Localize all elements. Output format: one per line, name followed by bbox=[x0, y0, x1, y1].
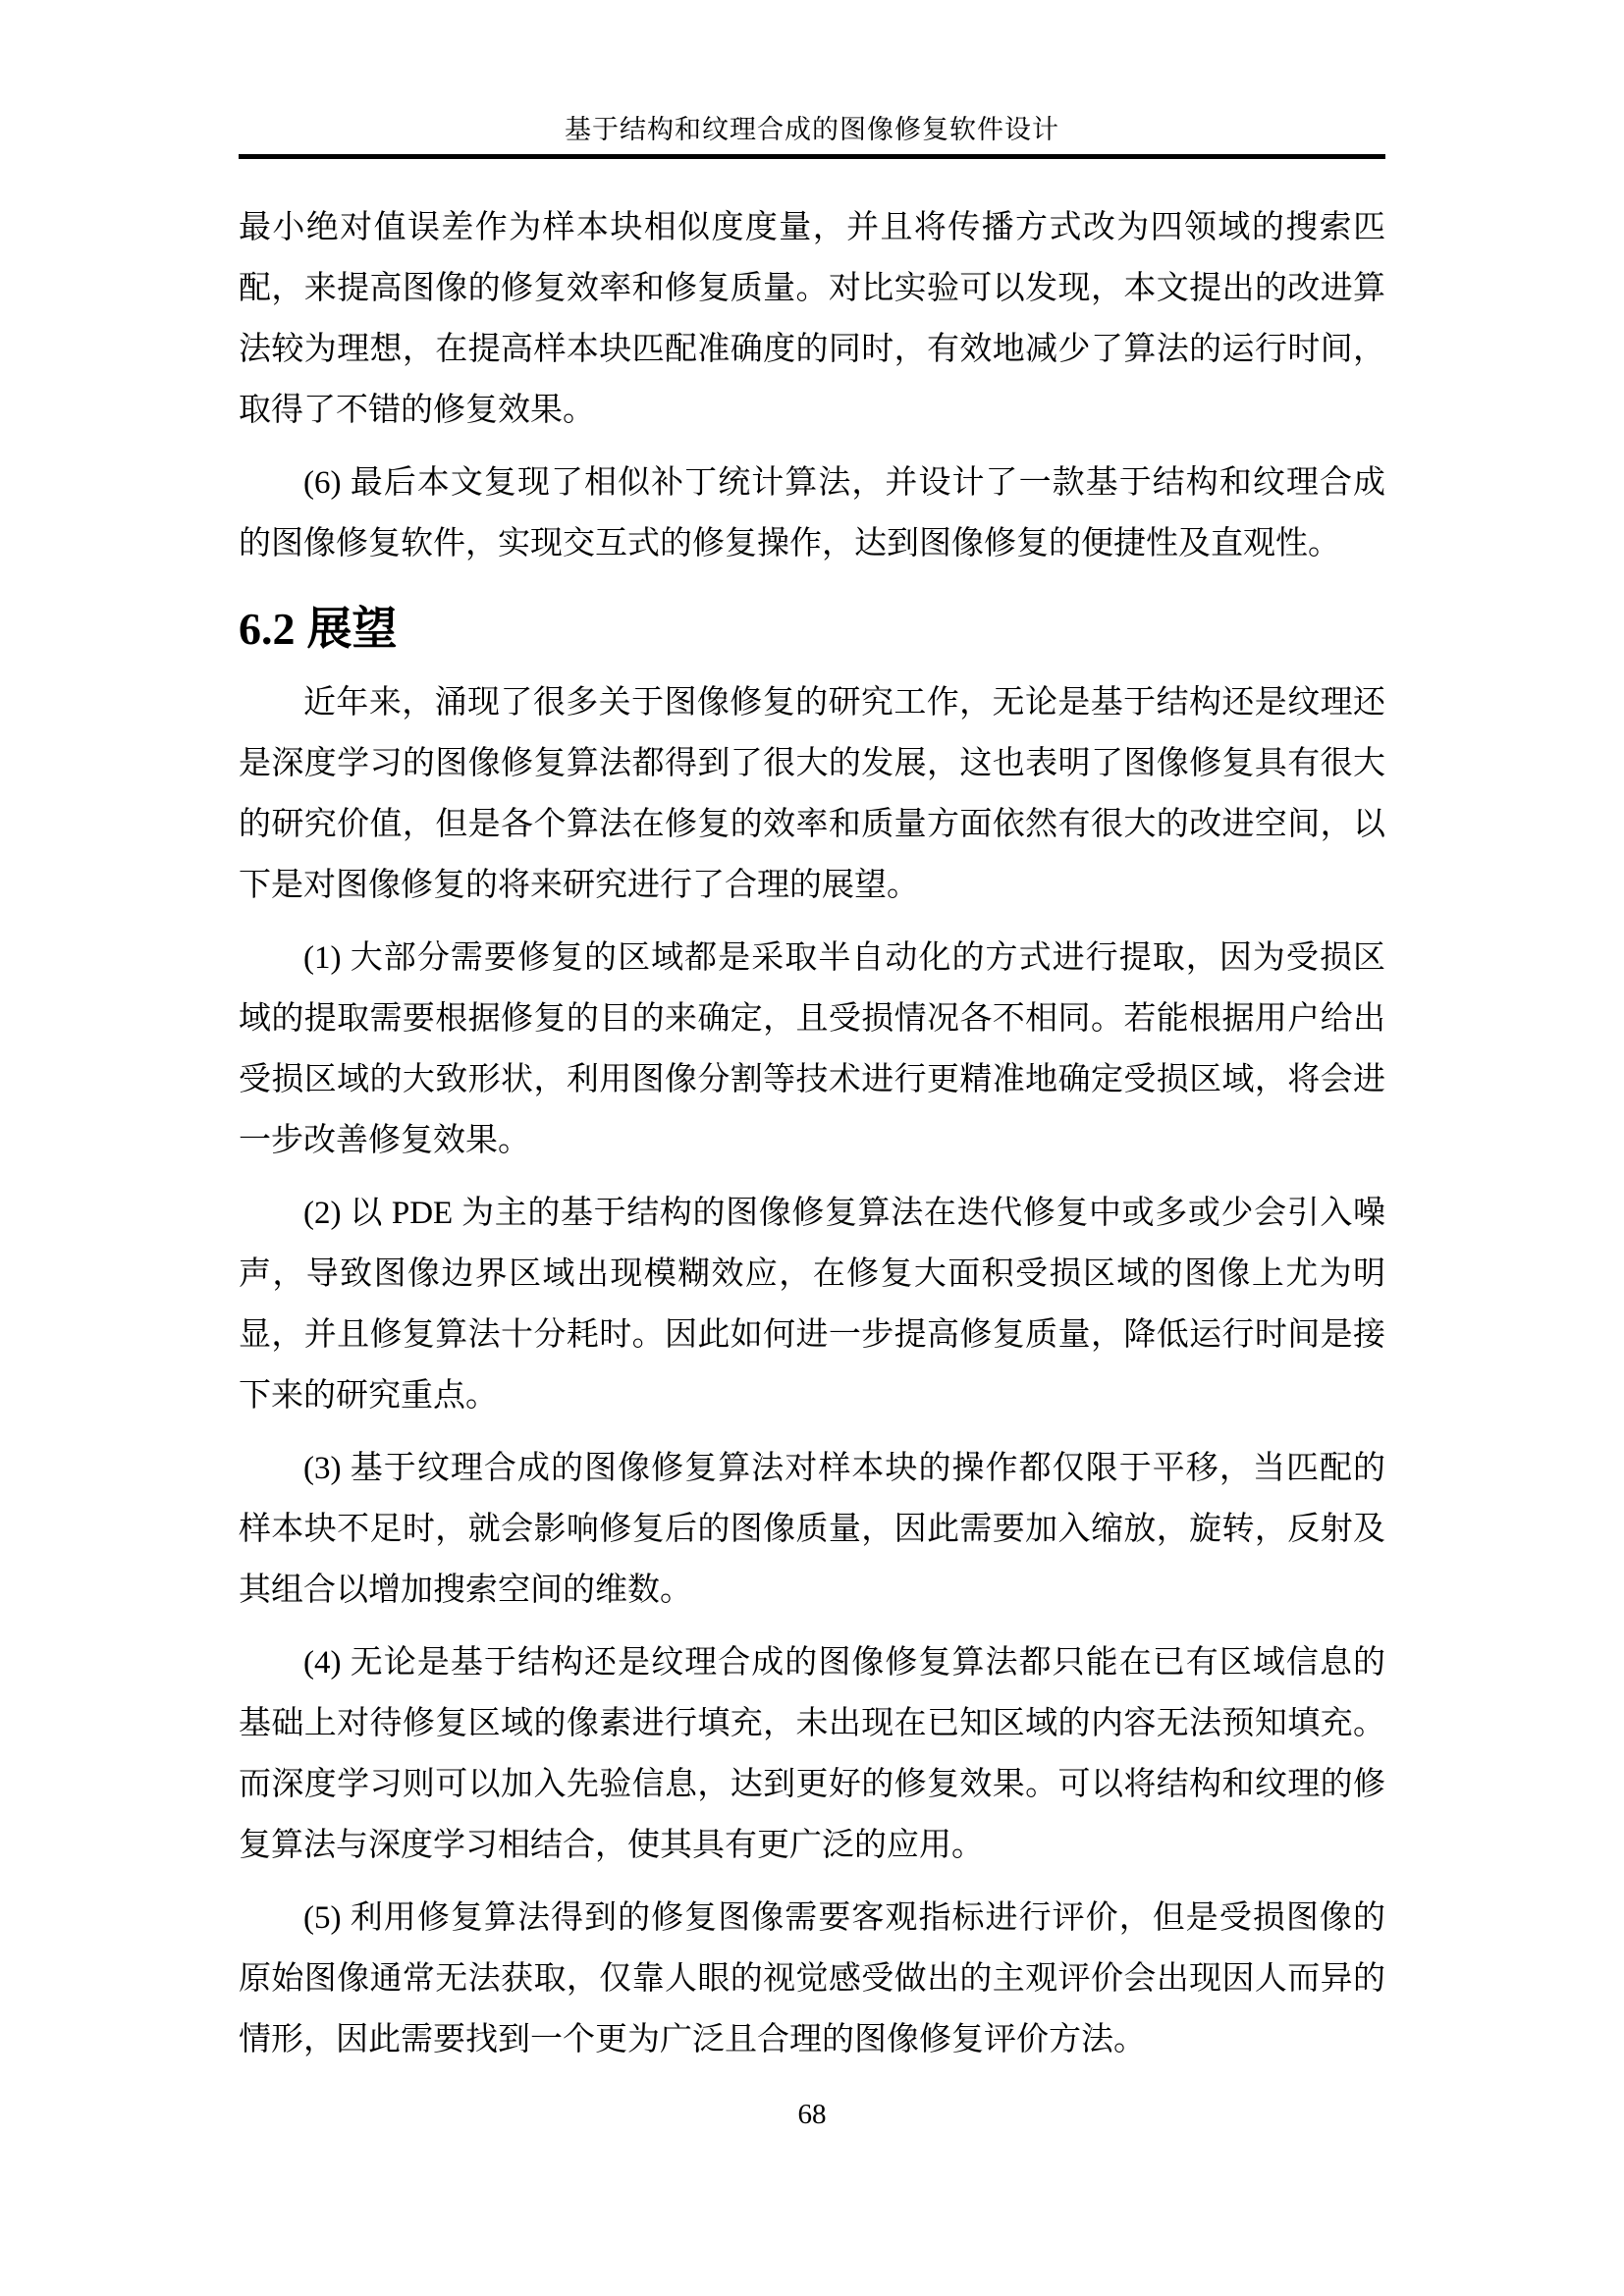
header-rule bbox=[239, 154, 1385, 159]
document-page: 基于结构和纹理合成的图像修复软件设计 最小绝对值误差作为样本块相似度度量，并且将… bbox=[0, 0, 1624, 2296]
running-header-title: 基于结构和纹理合成的图像修复软件设计 bbox=[565, 114, 1059, 145]
section-title: 展望 bbox=[307, 603, 398, 654]
paragraph: (3) 基于纹理合成的图像修复算法对样本块的操作都仅限于平移，当匹配的样本块不足… bbox=[239, 1438, 1385, 1621]
page-number: 68 bbox=[798, 2099, 827, 2130]
page-footer: 68 bbox=[0, 2095, 1624, 2134]
running-header: 基于结构和纹理合成的图像修复软件设计 bbox=[239, 0, 1385, 159]
paragraph: (6) 最后本文复现了相似补丁统计算法，并设计了一款基于结构和纹理合成的图像修复… bbox=[239, 453, 1385, 574]
paragraph: (2) 以 PDE 为主的基于结构的图像修复算法在迭代修复中或多或少会引入噪声，… bbox=[239, 1183, 1385, 1426]
section-number: 6.2 bbox=[239, 604, 296, 654]
paragraph: 最小绝对值误差作为样本块相似度度量，并且将传播方式改为四领域的搜索匹配，来提高图… bbox=[239, 197, 1385, 441]
paragraph: (4) 无论是基于结构还是纹理合成的图像修复算法都只能在已有区域信息的基础上对待… bbox=[239, 1632, 1385, 1876]
paragraph: 近年来，涌现了很多关于图像修复的研究工作，无论是基于结构还是纹理还是深度学习的图… bbox=[239, 672, 1385, 916]
paragraph: (1) 大部分需要修复的区域都是采取半自动化的方式进行提取，因为受损区域的提取需… bbox=[239, 928, 1385, 1171]
section-heading: 6.2展望 bbox=[239, 599, 1385, 659]
content-column: 基于结构和纹理合成的图像修复软件设计 最小绝对值误差作为样本块相似度度量，并且将… bbox=[239, 0, 1385, 2082]
body-text: 最小绝对值误差作为样本块相似度度量，并且将传播方式改为四领域的搜索匹配，来提高图… bbox=[239, 197, 1385, 2070]
paragraph: (5) 利用修复算法得到的修复图像需要客观指标进行评价，但是受损图像的原始图像通… bbox=[239, 1888, 1385, 2070]
